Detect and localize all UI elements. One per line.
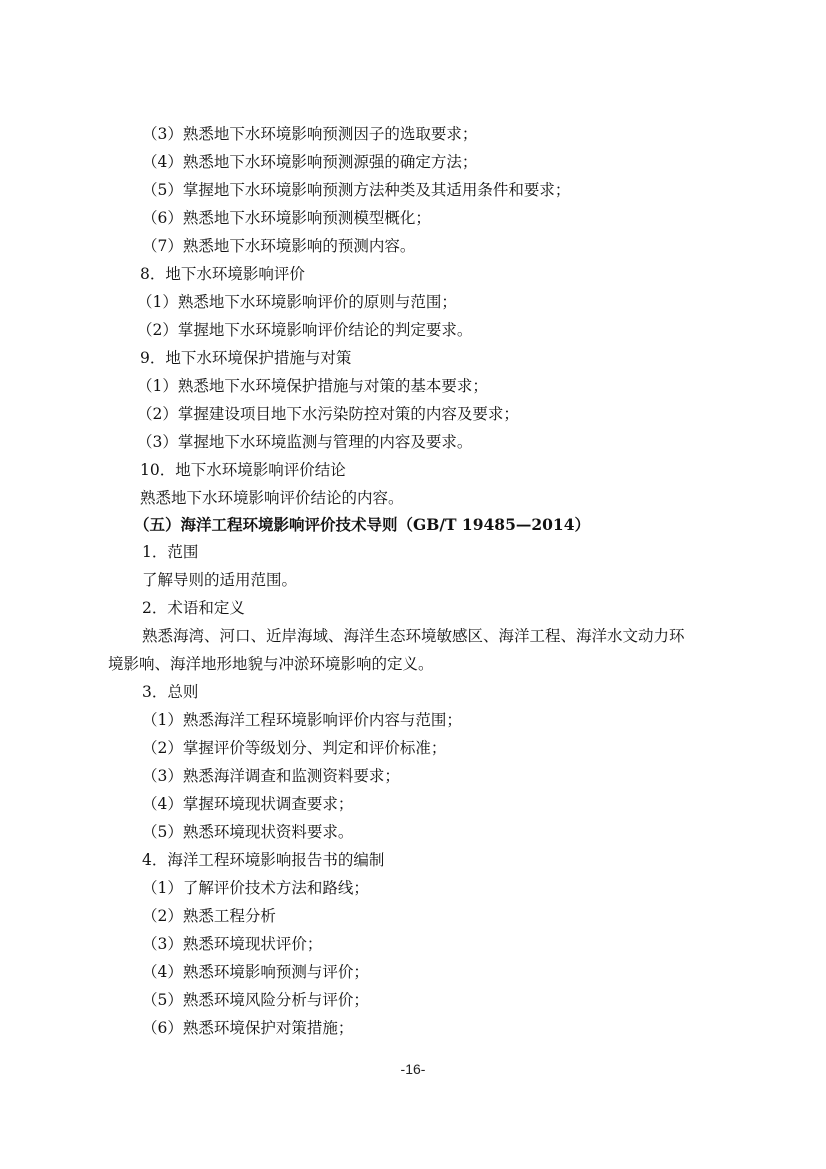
text-line: （5）掌握地下水环境影响预测方法种类及其适用条件和要求； bbox=[0, 180, 826, 200]
page-number: -16- bbox=[0, 1061, 826, 1077]
text-line: （1）熟悉海洋工程环境影响评价内容与范围； bbox=[0, 710, 826, 730]
text-line: 2．术语和定义 bbox=[0, 598, 826, 618]
text-line: （7）熟悉地下水环境影响的预测内容。 bbox=[0, 236, 826, 256]
text-line: （4）掌握环境现状调查要求； bbox=[0, 794, 826, 814]
text-line: 熟悉地下水环境影响评价结论的内容。 bbox=[0, 488, 826, 508]
text-line: 10．地下水环境影响评价结论 bbox=[0, 460, 826, 480]
text-line: （6）熟悉环境保护对策措施； bbox=[0, 1018, 826, 1038]
text-line: （3）熟悉环境现状评价； bbox=[0, 934, 826, 954]
text-line: （4）熟悉环境影响预测与评价； bbox=[0, 962, 826, 982]
text-line: 8．地下水环境影响评价 bbox=[0, 264, 826, 284]
text-line: （2）掌握建设项目地下水污染防控对策的内容及要求； bbox=[0, 404, 826, 424]
text-line: 境影响、海洋地形地貌与冲淤环境影响的定义。 bbox=[0, 654, 826, 674]
text-line: 了解导则的适用范围。 bbox=[0, 570, 826, 590]
text-line: （3）熟悉海洋调查和监测资料要求； bbox=[0, 766, 826, 786]
text-line: （1）了解评价技术方法和路线； bbox=[0, 878, 826, 898]
text-line: （4）熟悉地下水环境影响预测源强的确定方法； bbox=[0, 152, 826, 172]
text-line: （5）熟悉环境现状资料要求。 bbox=[0, 822, 826, 842]
text-line: （2）掌握地下水环境影响评价结论的判定要求。 bbox=[0, 320, 826, 340]
text-line: 3．总则 bbox=[0, 682, 826, 702]
text-line: （1）熟悉地下水环境影响评价的原则与范围； bbox=[0, 292, 826, 312]
text-line: 4．海洋工程环境影响报告书的编制 bbox=[0, 850, 826, 870]
text-line: （6）熟悉地下水环境影响预测模型概化； bbox=[0, 208, 826, 228]
text-line: 熟悉海湾、河口、近岸海域、海洋生态环境敏感区、海洋工程、海洋水文动力环 bbox=[0, 626, 826, 646]
text-line: 9．地下水环境保护措施与对策 bbox=[0, 348, 826, 368]
text-line: （5）熟悉环境风险分析与评价； bbox=[0, 990, 826, 1010]
text-line: 1．范围 bbox=[0, 542, 826, 562]
text-line: （1）熟悉地下水环境保护措施与对策的基本要求； bbox=[0, 376, 826, 396]
section-heading: （五）海洋工程环境影响评价技术导则（GB/T 19485—2014） bbox=[0, 515, 826, 535]
text-line: （2）熟悉工程分析 bbox=[0, 906, 826, 926]
text-line: （3）熟悉地下水环境影响预测因子的选取要求； bbox=[0, 124, 826, 144]
text-line: （2）掌握评价等级划分、判定和评价标准； bbox=[0, 738, 826, 758]
text-line: （3）掌握地下水环境监测与管理的内容及要求。 bbox=[0, 432, 826, 452]
